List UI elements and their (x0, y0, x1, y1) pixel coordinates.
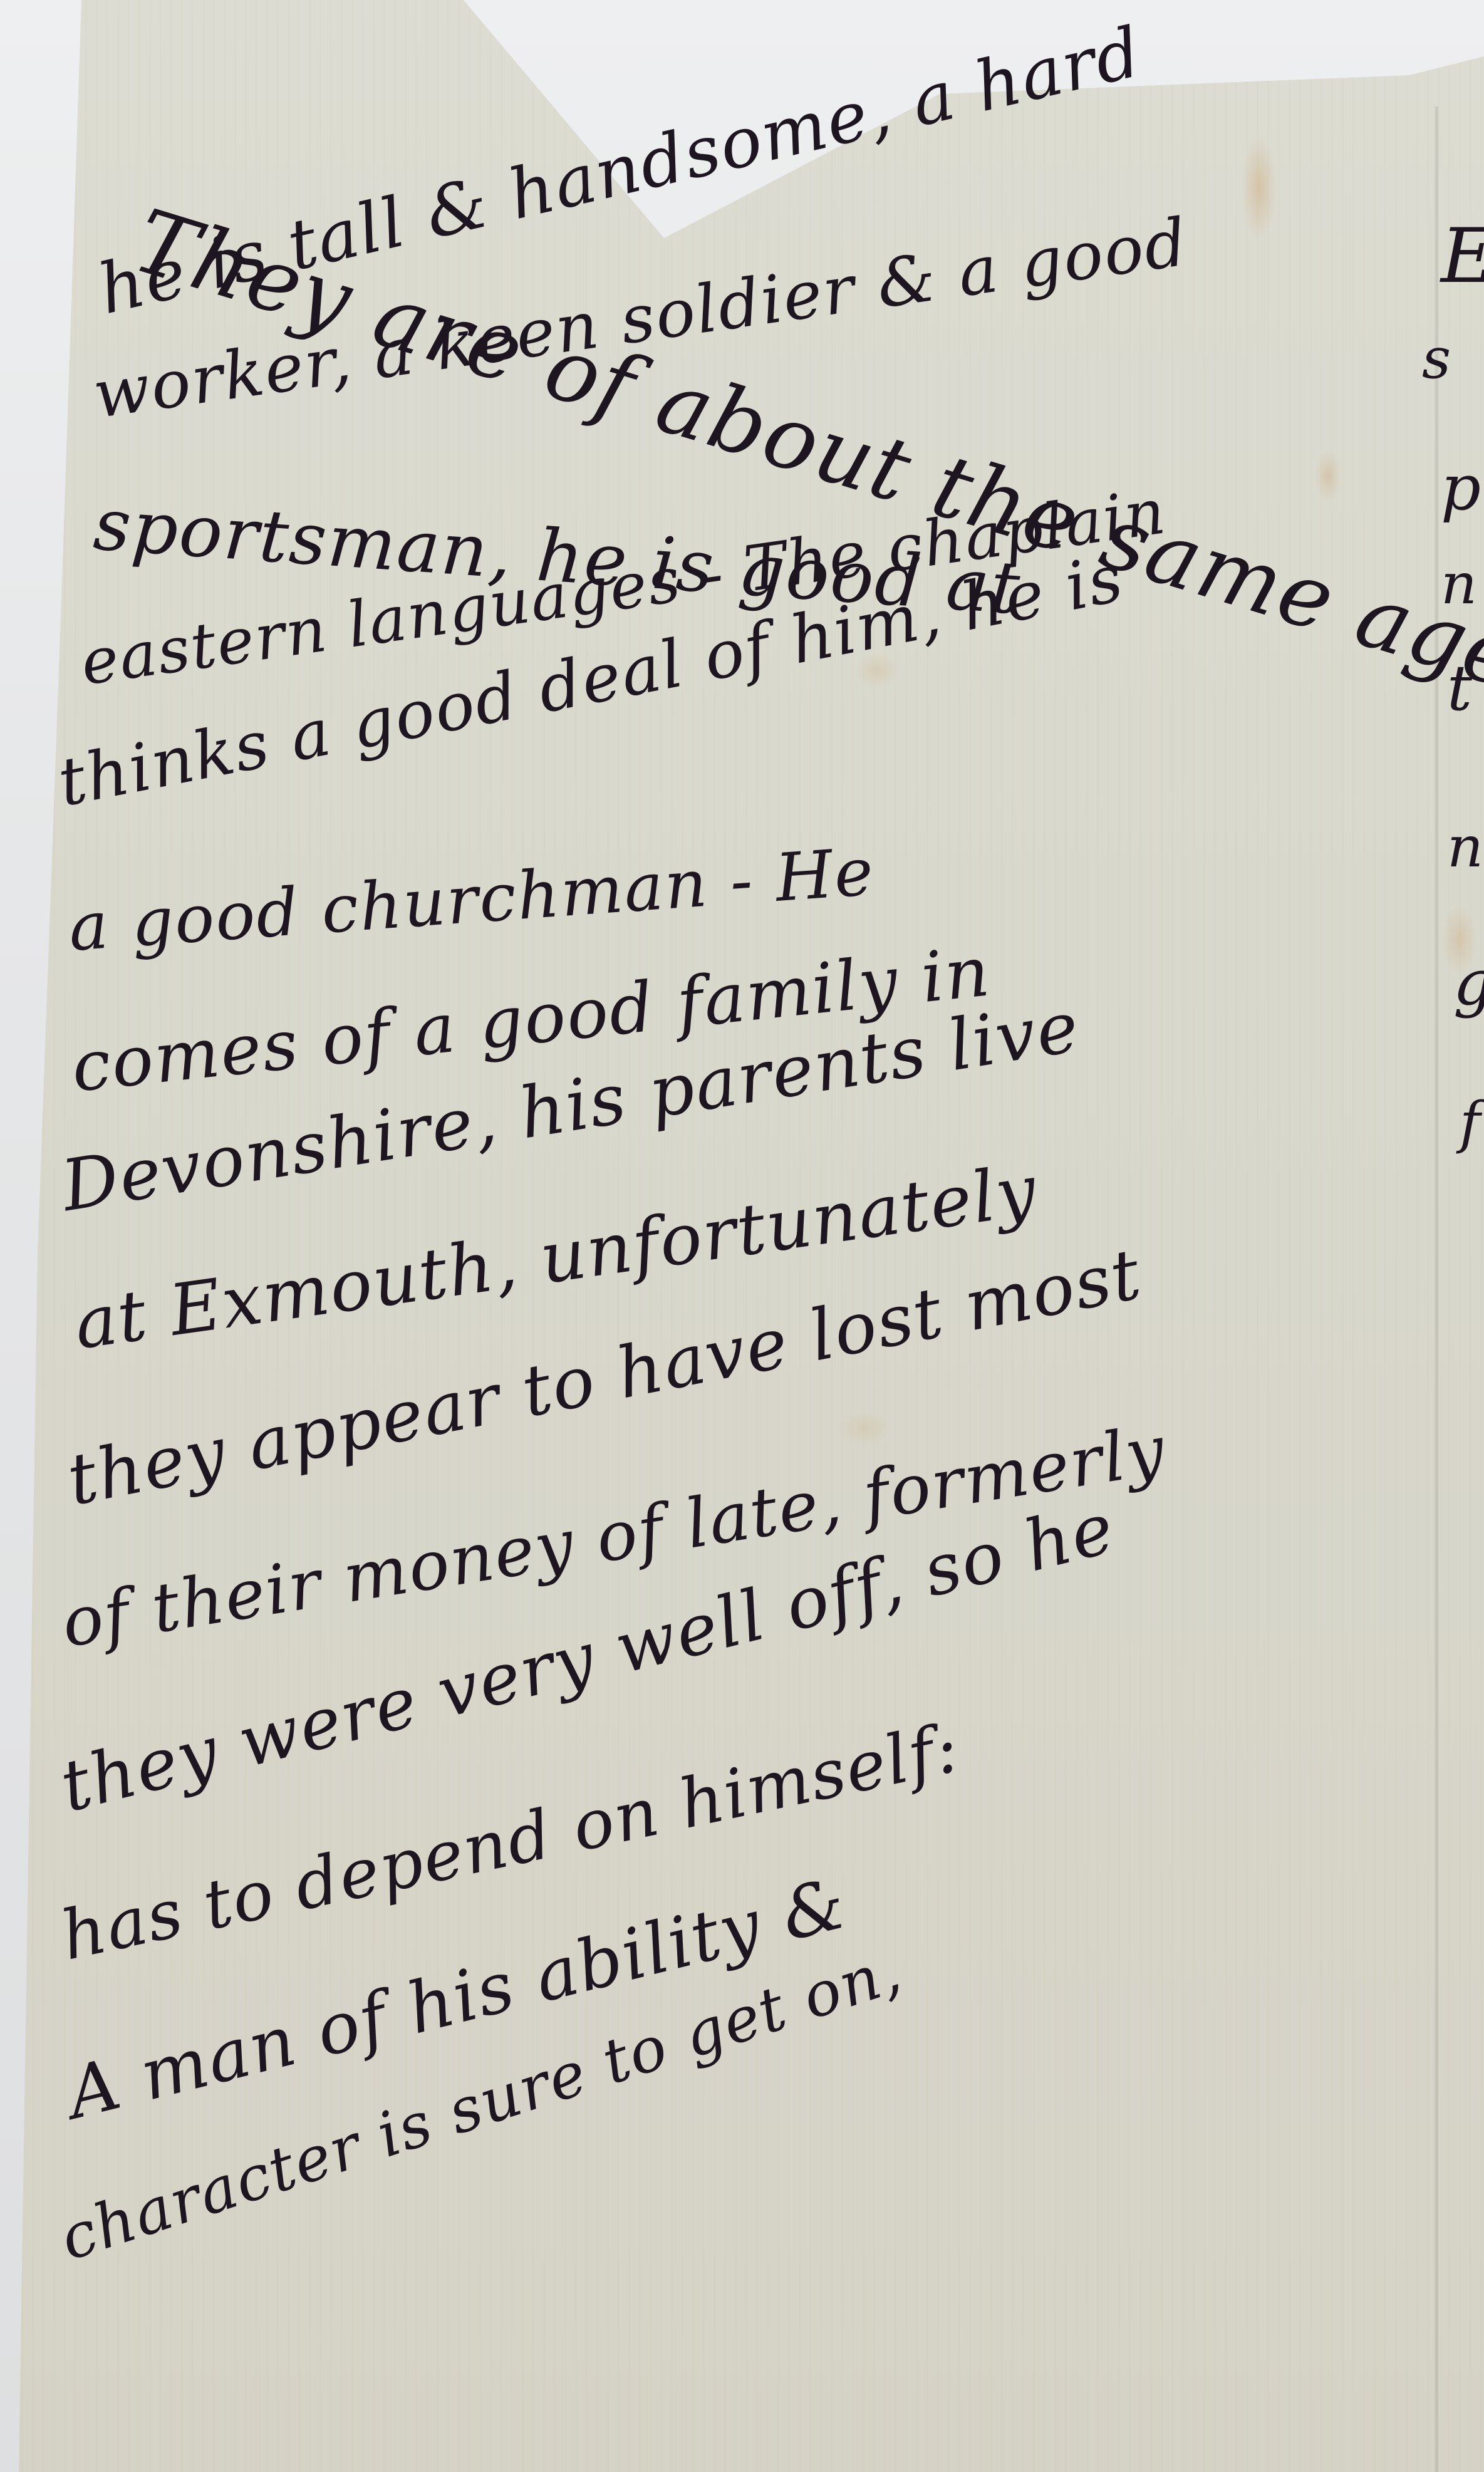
adjacent-page-fragment-8: f (1460, 1090, 1480, 1156)
adjacent-page-fragment-2: s (1422, 326, 1451, 392)
adjacent-page-fragment-4: n (1441, 551, 1477, 617)
adjacent-page-fragment-5: t (1447, 652, 1472, 725)
adjacent-page-fragment-6: n (1447, 814, 1483, 880)
page-fold (1435, 106, 1440, 2472)
adjacent-page-fragment-3: p (1441, 451, 1481, 524)
adjacent-page-fragment-1: E (1441, 213, 1484, 300)
adjacent-page-fragment-7: g (1453, 946, 1484, 1019)
